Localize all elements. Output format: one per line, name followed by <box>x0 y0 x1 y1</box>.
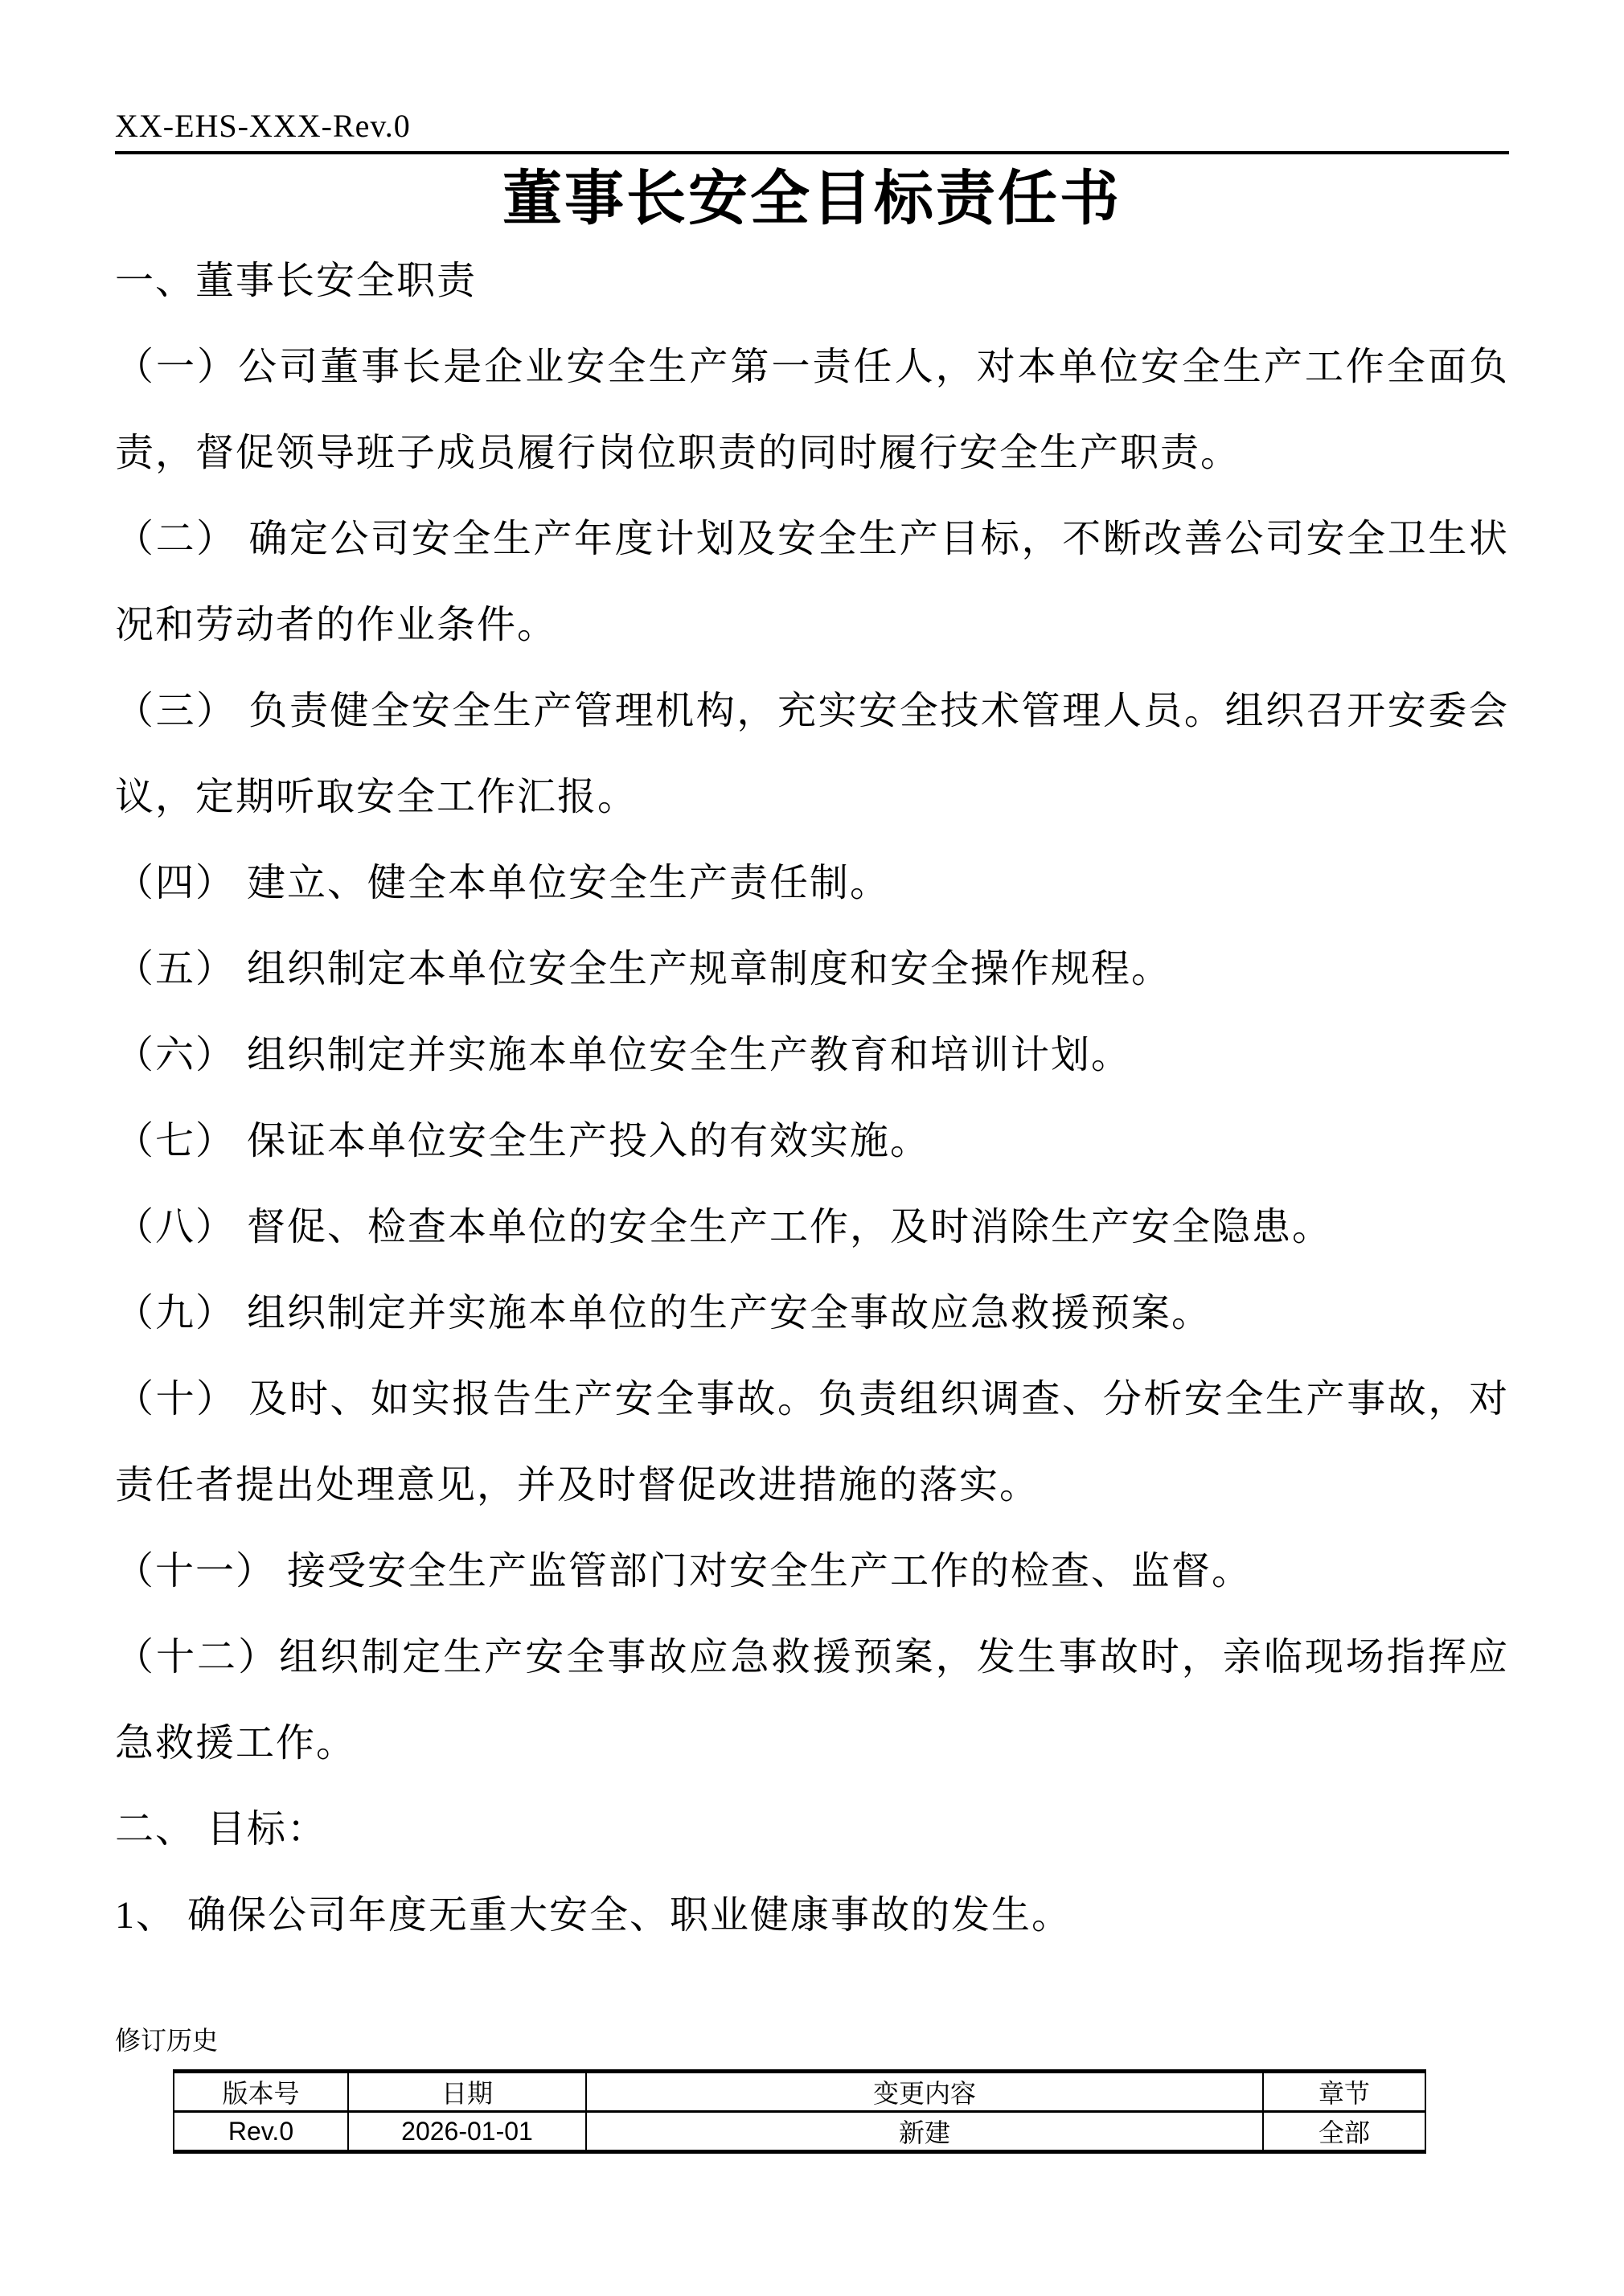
cell-chapter: 全部 <box>1263 2112 1425 2152</box>
cell-change: 新建 <box>586 2112 1263 2152</box>
duties-heading: 一、董事长安全职责 <box>115 238 1509 324</box>
duty-paragraph: （十一） 接受安全生产监管部门对安全生产工作的检查、监督。 <box>115 1528 1509 1614</box>
revision-history-label: 修订历史 <box>115 2024 218 2056</box>
revision-table-header-row: 版本号 日期 变更内容 章节 <box>174 2072 1425 2112</box>
page-title: 董事长安全目标责任书 <box>0 155 1624 244</box>
cell-version: Rev.0 <box>174 2112 348 2152</box>
cell-date: 2026-01-01 <box>348 2112 586 2152</box>
duty-paragraph: （十二）组织制定生产安全事故应急救援预案，发生事故时，亲临现场指挥应急救援工作。 <box>115 1614 1509 1786</box>
duty-paragraph: （六） 组织制定并实施本单位安全生产教育和培训计划。 <box>115 1012 1509 1098</box>
duty-paragraph: （七） 保证本单位安全生产投入的有效实施。 <box>115 1098 1509 1184</box>
duty-paragraph: （二） 确定公司安全生产年度计划及安全生产目标，不断改善公司安全卫生状况和劳动者… <box>115 496 1509 668</box>
revision-table-row: Rev.0 2026-01-01 新建 全部 <box>174 2112 1425 2152</box>
document-body: 一、董事长安全职责 （一）公司董事长是企业安全生产第一责任人，对本单位安全生产工… <box>115 238 1509 1958</box>
col-header-change: 变更内容 <box>586 2072 1263 2112</box>
duty-paragraph: （九） 组织制定并实施本单位的生产安全事故应急救援预案。 <box>115 1270 1509 1356</box>
duty-paragraph: （十） 及时、如实报告生产安全事故。负责组织调查、分析安全生产事故，对责任者提出… <box>115 1356 1509 1528</box>
col-header-version: 版本号 <box>174 2072 348 2112</box>
header-rule <box>115 151 1509 154</box>
duty-paragraph: （三） 负责健全安全生产管理机构，充实安全技术管理人员。组织召开安委会议，定期听… <box>115 668 1509 840</box>
revision-table: 版本号 日期 变更内容 章节 Rev.0 2026-01-01 新建 全部 <box>173 2069 1426 2154</box>
duty-paragraph: （四） 建立、健全本单位安全生产责任制。 <box>115 840 1509 926</box>
col-header-chapter: 章节 <box>1263 2072 1425 2112</box>
goals-heading: 二、 目标： <box>115 1786 1509 1872</box>
duty-paragraph: （一）公司董事长是企业安全生产第一责任人，对本单位安全生产工作全面负责，督促领导… <box>115 324 1509 496</box>
col-header-date: 日期 <box>348 2072 586 2112</box>
doc-code: XX-EHS-XXX-Rev.0 <box>115 108 411 145</box>
goal-item: 1、 确保公司年度无重大安全、职业健康事故的发生。 <box>115 1872 1509 1958</box>
duty-paragraph: （八） 督促、检查本单位的安全生产工作，及时消除生产安全隐患。 <box>115 1184 1509 1270</box>
duty-paragraph: （五） 组织制定本单位安全生产规章制度和安全操作规程。 <box>115 926 1509 1012</box>
document-page: XX-EHS-XXX-Rev.0 董事长安全目标责任书 一、董事长安全职责 （一… <box>0 0 1624 2296</box>
